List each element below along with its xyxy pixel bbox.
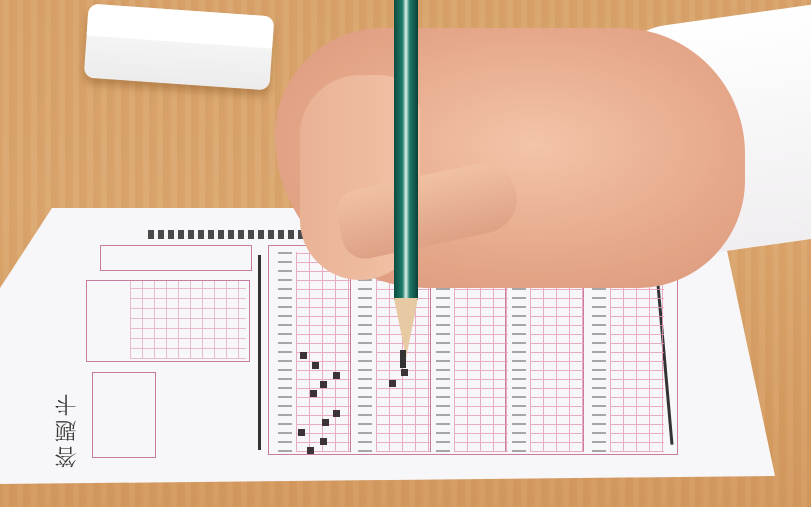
id-box [100,245,252,271]
pencil-tip [394,298,418,358]
pencil-lead [400,350,406,368]
eraser-top [87,4,275,49]
filled-bubble [322,419,329,426]
filled-bubble [300,352,307,359]
eraser [84,4,275,91]
filled-bubble [298,429,305,436]
filled-bubble [320,381,327,388]
photo-scene: 答题卡 [0,0,811,507]
sheet-title: 答题卡 [52,390,83,468]
name-box [92,372,156,458]
filled-bubble [401,369,408,376]
left-rail [258,255,261,450]
filled-bubble [312,362,319,369]
filled-bubble [333,410,340,417]
filled-bubble [310,390,317,397]
filled-bubble [333,372,340,379]
answer-column [278,252,350,452]
exam-number-grid [130,281,246,359]
filled-bubble [320,438,327,445]
pencil [394,0,418,300]
filled-bubble [389,380,396,387]
filled-bubble [307,447,314,454]
